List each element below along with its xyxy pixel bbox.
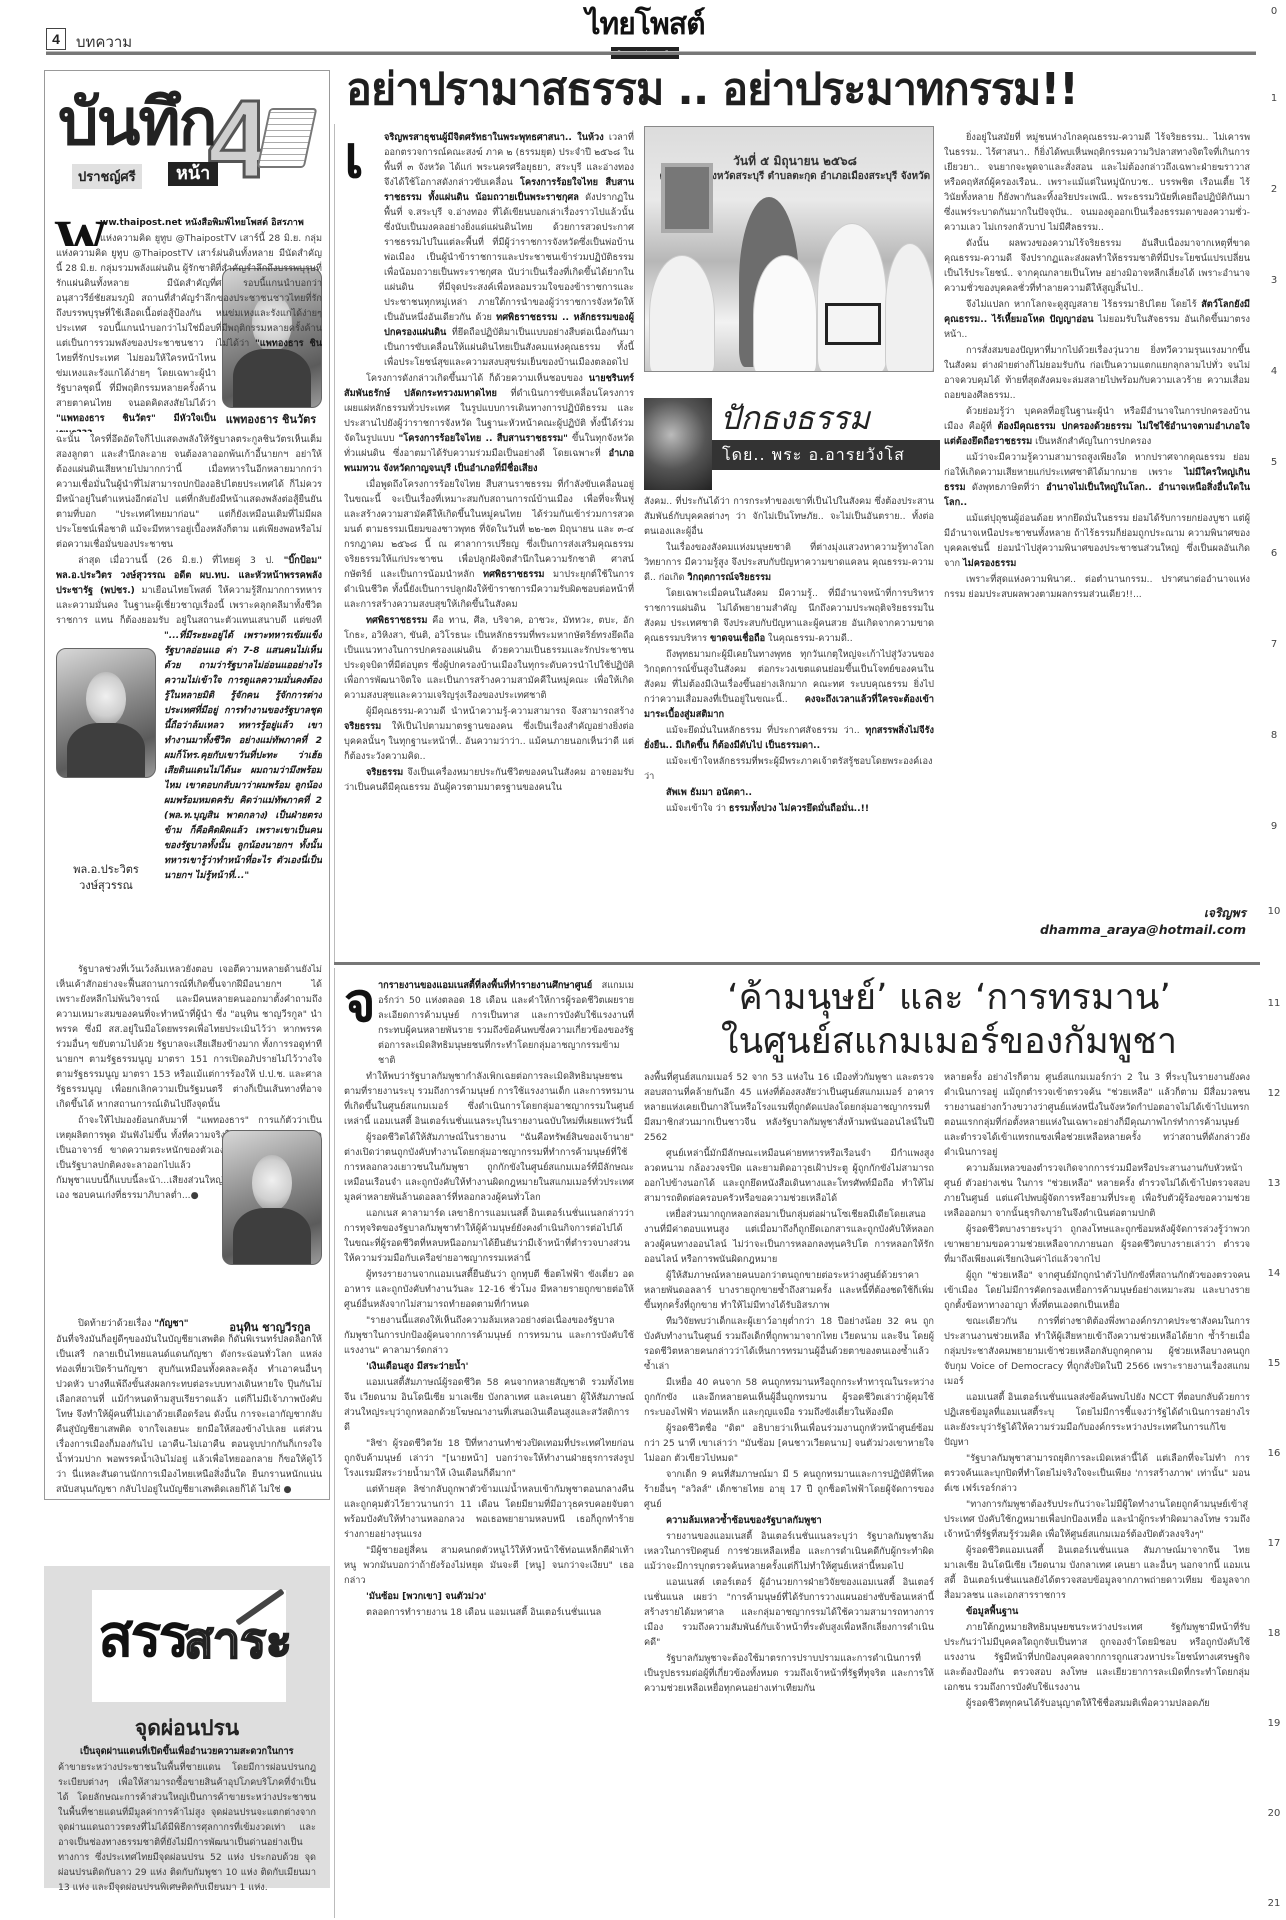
page-ruler: 0 1 2 3 4 5 6 7 8 9 10 11 12 13 14 15 16… xyxy=(1262,0,1286,1920)
ruler-mark: 5 xyxy=(1262,457,1286,468)
column-para-2: ฉะนั้น ใครที่อึดอัดใจก็ไปแสดงพลังให้รัฐบ… xyxy=(56,432,322,628)
ruler-mark: 1 xyxy=(1262,93,1286,104)
ruler-mark: 4 xyxy=(1262,366,1286,377)
photo-anutin xyxy=(222,1130,322,1265)
page-number: 4 xyxy=(46,28,66,50)
column-logo: 4 บันทึก ปราชญ์ศรี หน้า xyxy=(58,88,298,198)
dropcap-letter: เ xyxy=(344,123,364,191)
article1-col4: ยิ่งอยู่ในสมัยที่ หมู่ชนห่างไกลคุณธรรม-ค… xyxy=(944,130,1250,892)
column-logo-pakdhamma: ปักธงธรรม โดย.. พระ อ.อารยวังโส xyxy=(644,398,940,490)
sidebar-title: จุดผ่อนปรน xyxy=(44,1712,330,1745)
portrait-frame xyxy=(661,163,713,233)
author-email[interactable]: dhamma_araya@hotmail.com xyxy=(990,922,1246,937)
ruler-mark: 19 xyxy=(1262,1718,1286,1729)
ruler-mark: 17 xyxy=(1262,1538,1286,1549)
certificate xyxy=(825,303,881,345)
column-para-6: ปิดท้ายว่าด้วยเรื่อง "กัญชา" อันที่จริงม… xyxy=(56,1316,322,1496)
column-logo-page-label: หน้า xyxy=(168,162,218,186)
ruler-mark: 13 xyxy=(1262,1178,1286,1189)
ruler-mark: 12 xyxy=(1262,1088,1286,1099)
headline-main: อย่าปรามาสธรรม .. อย่าประมาทกรรม!! xyxy=(346,62,1240,118)
ruler-mark: 6 xyxy=(1262,548,1286,559)
article2-col1: ากรายงานของแอมเนสตี้ที่ลงพื้นที่ทำรายงาน… xyxy=(344,978,634,1918)
article2-col2: ลงพื้นที่ศูนย์สแกมเมอร์ 52 จาก 53 แห่งใน… xyxy=(644,1070,934,1918)
sidebar-body: เป็นจุดผ่านแดนที่เปิดขึ้นเพื่ออำนวยความส… xyxy=(58,1744,316,1896)
ruler-mark: 14 xyxy=(1262,1268,1286,1279)
ruler-mark: 7 xyxy=(1262,639,1286,650)
ruler-mark: 0 xyxy=(1262,6,1286,17)
article1-col3: สังคม.. ที่ประกันได้ว่า การกระทำของเขาที… xyxy=(644,494,934,894)
column-logo-title: บันทึก xyxy=(58,88,215,158)
article-divider xyxy=(334,962,1260,965)
column-logo-title: ปักธงธรรม xyxy=(720,398,870,438)
ruler-mark: 8 xyxy=(1262,730,1286,741)
ruler-mark: 11 xyxy=(1262,998,1286,1009)
ruler-mark: 2 xyxy=(1262,184,1286,195)
ruler-mark: 21 xyxy=(1262,1898,1286,1909)
article1-col1: จริญพรสาธุชนผู้มีจิตศรัทธาในพระพุทธศาสนา… xyxy=(344,130,634,960)
column-lead: ww.thaipost.net หนังสือพิมพ์ไทยโพสต์ อิส… xyxy=(100,216,322,231)
signature-name: เจริญพร xyxy=(1050,904,1246,923)
column-para-1-wrap: แห่งความคิด ยูทูบ @ThaipostTV เสาร์นี้ 2… xyxy=(56,246,216,432)
column-logo-author: ปราชญ์ศรี xyxy=(72,164,142,189)
article2-col3: หลายครั้ง อย่างไรก็ตาม ศูนย์สแกมเมอร์กว่… xyxy=(944,1070,1250,1918)
ruler-mark: 15 xyxy=(1262,1358,1286,1369)
ruler-mark: 16 xyxy=(1262,1448,1286,1459)
ruler-mark: 3 xyxy=(1262,275,1286,286)
dropcap-letter: จ xyxy=(344,971,376,1034)
ruler-mark: 18 xyxy=(1262,1628,1286,1639)
ceremony-photo: วันที่ ๕ มิถุนายน ๒๕๖๘ ศาลากลางจังหวัดสร… xyxy=(644,126,934,372)
ruler-mark: 20 xyxy=(1262,1808,1286,1819)
masthead-name: ไทยโพสต์ xyxy=(580,10,710,40)
header-rule xyxy=(46,51,1256,55)
sara-logo-a: สรร xyxy=(98,1602,187,1672)
sara-logo: สรร สาระ xyxy=(92,1590,286,1702)
headline-article2: ‘ค้ามนุษย์’ และ ‘การทรมาน’ ในศูนย์สแกมเม… xyxy=(640,976,1258,1064)
column-byline: โดย.. พระ อ.อารยวังโส xyxy=(722,444,905,466)
author-portrait xyxy=(644,398,712,490)
dropcap: จ xyxy=(344,978,376,1030)
ruler-mark: 10 xyxy=(1262,906,1286,917)
ruler-mark: 9 xyxy=(1262,821,1286,832)
